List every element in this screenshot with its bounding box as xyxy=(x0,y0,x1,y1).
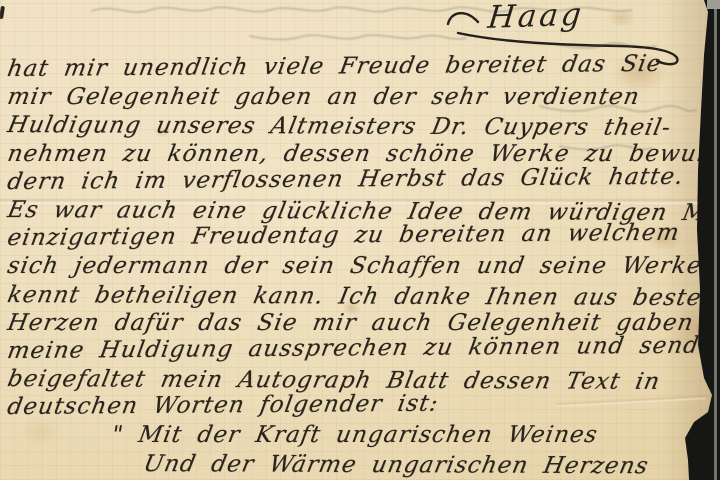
handwriting-line: mir Gelegenheit gaben an der sehr verdie… xyxy=(5,84,710,112)
handwriting-line: kennt betheiligen kann. Ich danke Ihnen … xyxy=(5,282,710,313)
paper-sheet: Haag hat mir unendlich viele Freude bere… xyxy=(0,0,720,480)
handwriting-line: Huldigung unseres Altmeisters Dr. Cuyper… xyxy=(5,112,710,143)
handwriting-line: meine Huldigung aussprechen zu können un… xyxy=(5,332,711,366)
handwriting-line: dern ich im verflossenen Herbst das Glüc… xyxy=(5,163,711,197)
handwriting-line: hat mir unendlich viele Freude bereitet … xyxy=(5,51,711,85)
handwriting-line: deutschen Worten folgender ist: xyxy=(5,389,711,423)
ink-fleck xyxy=(0,6,5,19)
handwriting-line-quote: Und der Wärme ungarischen Herzens xyxy=(141,451,710,480)
scanner-edge-line xyxy=(714,0,717,480)
scanned-letter-page: Haag hat mir unendlich viele Freude bere… xyxy=(0,0,720,480)
handwriting-line: sich jedermann der sein Schaffen und sei… xyxy=(5,253,710,281)
handwriting-line-quote: " Mit der Kraft ungarischen Weines xyxy=(109,422,710,450)
scanner-edge-notch xyxy=(707,0,720,9)
letter-body: hat mir unendlich viele Freude bereitet … xyxy=(6,56,706,479)
place-header: Haag xyxy=(486,0,710,36)
handwriting-line: einzigartigen Freudentag zu bereiten an … xyxy=(5,220,711,254)
